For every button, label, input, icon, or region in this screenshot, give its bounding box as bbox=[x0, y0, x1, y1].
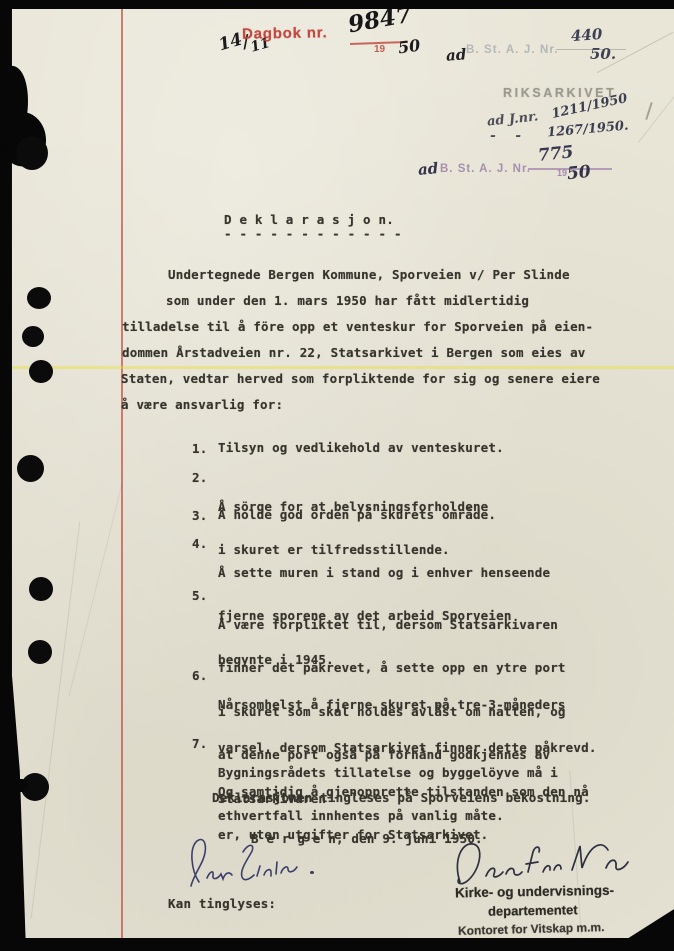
list-item-3: 3. Å holde god orden på skurets område. bbox=[192, 508, 496, 523]
list-item-number: 3. bbox=[192, 508, 218, 523]
punch-hole bbox=[29, 577, 53, 601]
list-item-line: Å holde god orden på skurets område. bbox=[218, 508, 496, 521]
intro-line: Undertegnede Bergen Kommune, Sporveien v… bbox=[168, 268, 570, 281]
scan-edge-bottom bbox=[0, 938, 674, 951]
dagbok-stamp-year-prefix: 19 bbox=[374, 44, 385, 55]
intro-line: å være ansvarlig for: bbox=[121, 398, 283, 411]
intro-line: dommen Årstadveien nr. 22, Statsarkivet … bbox=[122, 346, 586, 359]
pencil-slash-mark bbox=[645, 102, 652, 120]
handwritten-bstaj-lower-number: 775 bbox=[537, 142, 574, 166]
crease-line bbox=[68, 483, 122, 697]
bstaj-stamp-lower: B. St. A. J. Nr. bbox=[440, 163, 531, 175]
handwritten-dagbok-year: 50 bbox=[397, 36, 422, 58]
handwritten-jnr-label: ad J.nr. bbox=[486, 109, 539, 129]
department-stamp-line1: Kirke- og undervisnings- bbox=[455, 883, 614, 901]
handwritten-ad-upper: ad bbox=[445, 45, 466, 64]
department-stamp-line3: Kontoret for Vitskap m.m. bbox=[458, 920, 605, 938]
scan-edge-top bbox=[0, 0, 674, 9]
punch-hole-tail bbox=[0, 779, 28, 792]
scanned-document-page: 14/11 Dagbok nr. 19 9847 50 ad B. St. A.… bbox=[0, 0, 674, 951]
signature-left-per-slinde bbox=[183, 836, 313, 894]
intro-line: som under den 1. mars 1950 har fått midl… bbox=[166, 294, 529, 307]
punch-hole bbox=[22, 326, 44, 347]
punch-hole bbox=[29, 360, 53, 383]
fold-crease-yellow bbox=[10, 366, 674, 369]
bstaj-lower-year-prefix: 19 bbox=[557, 168, 567, 178]
intro-line: Staten, vedtar herved som forpliktende f… bbox=[121, 372, 600, 385]
margin-line bbox=[121, 8, 123, 938]
punch-hole bbox=[17, 455, 44, 482]
kan-tinglyses-label: Kan tinglyses: bbox=[168, 896, 276, 911]
list-item-1: 1. Tilsyn og vedlikehold av venteskuret. bbox=[192, 441, 504, 456]
punch-hole bbox=[27, 287, 51, 309]
handwritten-ad-lower: ad bbox=[417, 159, 439, 179]
handwritten-jnr-ditto-marks: - - bbox=[490, 128, 521, 144]
title-underline: - - - - - - - - - - - - bbox=[224, 226, 402, 241]
closing-line: Deklarasjonen tingleses på Sporveiens be… bbox=[212, 790, 591, 805]
crease-line bbox=[638, 48, 674, 143]
list-item-line: Bygningsrådets tillatelse og byggelöyve … bbox=[218, 766, 558, 779]
bstaj-stamp-upper: B. St. A. J. Nr. bbox=[466, 44, 559, 56]
list-item-line: Tilsyn og vedlikehold av venteskuret. bbox=[218, 441, 504, 454]
list-item-line: Å sette muren i stand og i enhver hensee… bbox=[218, 566, 550, 579]
department-stamp-line2: departementet bbox=[488, 902, 578, 919]
handwritten-jnr-value-2: 1267/1950. bbox=[547, 118, 630, 140]
punch-hole bbox=[16, 136, 48, 170]
handwritten-bstaj-upper-year: 50. bbox=[590, 45, 616, 63]
ink-dot bbox=[310, 871, 314, 874]
list-item-line: ethvertfall innhentes på vanlig måte. bbox=[218, 809, 558, 822]
intro-line: tilladelse til å före opp et venteskur f… bbox=[122, 320, 593, 333]
handwritten-date-note: 14/11 bbox=[189, 7, 276, 85]
handwritten-bstaj-lower-year: 50 bbox=[566, 162, 592, 184]
punch-hole bbox=[28, 640, 52, 664]
dagbok-stamp: Dagbok nr. bbox=[242, 24, 328, 42]
list-item-line: Å være forpliktet til, dersom Statsarkiv… bbox=[218, 618, 566, 631]
document-title: D e k l a r a s j o n. bbox=[224, 212, 394, 227]
handwritten-bstaj-upper-number: 440 bbox=[570, 25, 602, 45]
list-item-line: Nårsomhelst å fjerne skuret på tre-3-mån… bbox=[218, 698, 597, 711]
list-item-number: 1. bbox=[192, 441, 218, 456]
